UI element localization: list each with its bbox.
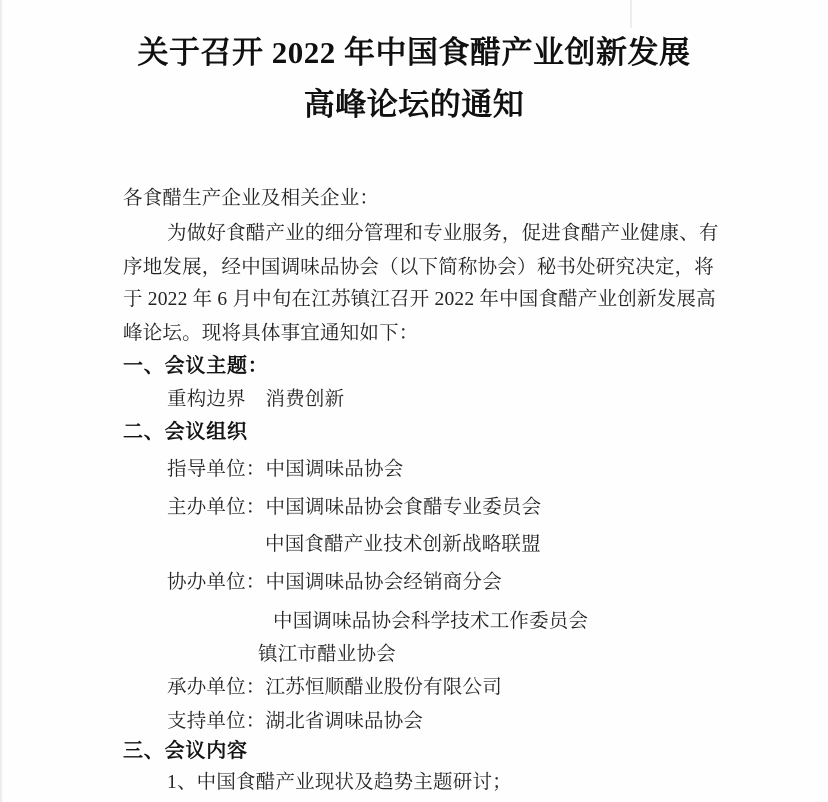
org-line-co-organizer-unit: 协办单位：中国调味品协会经销商分会 xyxy=(167,571,502,595)
org-line-co-organizer-continuation-1: 中国调味品协会科学技术工作委员会 xyxy=(273,610,588,634)
org-line-co-organizer-continuation-2: 镇江市醋业协会 xyxy=(258,643,396,667)
scan-top-edge-artifact xyxy=(630,0,632,28)
intro-paragraph-line-3: 于 2022 年 6 月中旬在江苏镇江召开 2022 年中国食醋产业创新发展高 xyxy=(123,288,716,312)
section-1-heading-meeting-theme: 一、会议主题： xyxy=(123,354,269,378)
salutation-line: 各食醋生产企业及相关企业： xyxy=(123,187,379,211)
org-line-supporting-unit: 支持单位：湖北省调味品协会 xyxy=(167,710,423,734)
org-line-host-unit-continuation: 中国食醋产业技术创新战略联盟 xyxy=(265,533,541,557)
content-item-1: 1、中国食醋产业现状及趋势主题研讨； xyxy=(167,771,512,795)
org-line-undertaking-unit: 承办单位：江苏恒顺醋业股份有限公司 xyxy=(167,676,502,700)
intro-paragraph-line-4: 峰论坛。现将具体事宜通知如下： xyxy=(123,322,419,346)
intro-paragraph-line-1: 为做好食醋产业的细分管理和专业服务，促进食醋产业健康、有 xyxy=(167,222,719,246)
document-title-line-2: 高峰论坛的通知 xyxy=(0,85,828,125)
org-line-host-unit: 主办单位：中国调味品协会食醋专业委员会 xyxy=(167,496,541,520)
meeting-theme-line: 重构边界 消费创新 xyxy=(167,388,344,412)
section-3-heading-meeting-content: 三、会议内容 xyxy=(123,739,248,763)
document-title-line-1: 关于召开 2022 年中国食醋产业创新发展 xyxy=(0,33,828,73)
org-line-guiding-unit: 指导单位：中国调味品协会 xyxy=(167,458,403,482)
intro-paragraph-line-2: 序地发展，经中国调味品协会（以下简称协会）秘书处研究决定，将 xyxy=(123,256,714,280)
section-2-heading-meeting-organization: 二、会议组织 xyxy=(123,420,248,444)
notice-document-page: 关于召开 2022 年中国食醋产业创新发展 高峰论坛的通知 各食醋生产企业及相关… xyxy=(0,0,828,802)
